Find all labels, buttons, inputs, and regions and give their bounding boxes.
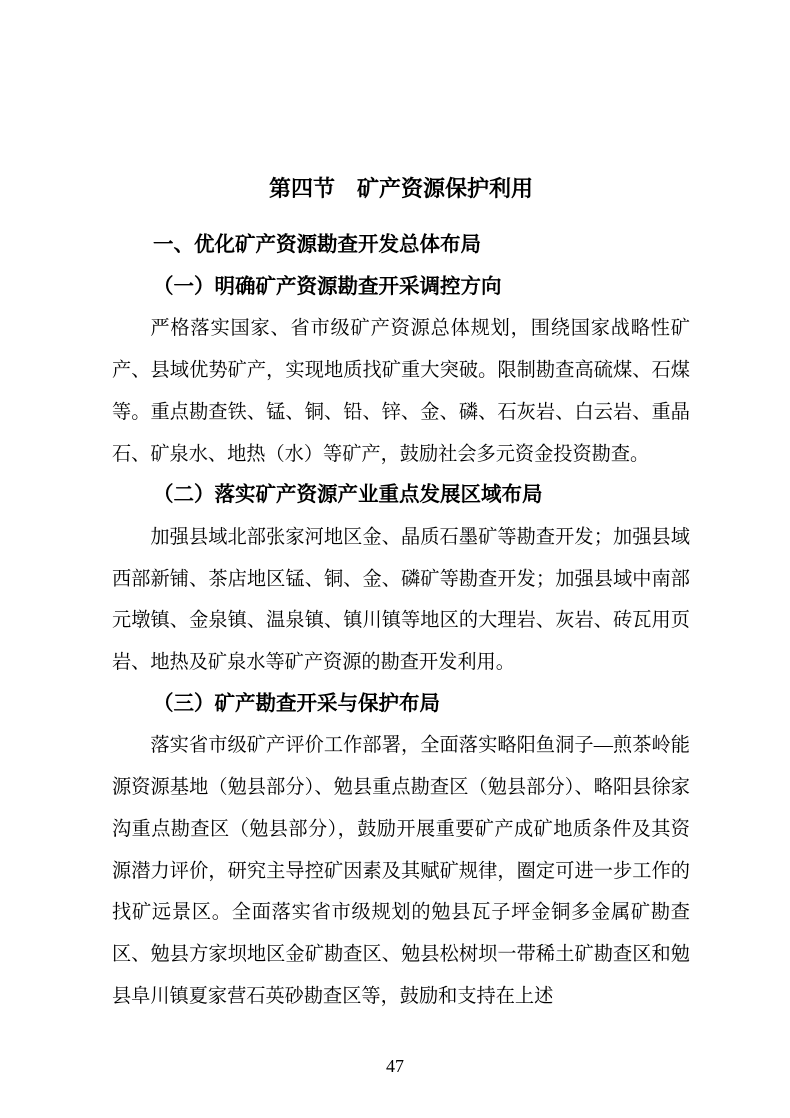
subheading-regulation-direction: （一）明确矿产资源勘查开采调控方向: [112, 267, 690, 309]
document-page: 第四节 矿产资源保护利用 一、优化矿产资源勘查开发总体布局 （一）明确矿产资源勘…: [0, 0, 790, 1118]
subheading-exploration-protection-layout: （三）矿产勘查开采与保护布局: [112, 684, 690, 726]
paragraph-key-development-regions: 加强县域北部张家河地区金、晶质石墨矿等勘查开发；加强县域西部新铺、茶店地区锰、铜…: [112, 517, 690, 684]
paragraph-regulation-direction: 严格落实国家、省市级矿产资源总体规划，围绕国家战略性矿产、县域优势矿产，实现地质…: [112, 308, 690, 475]
document-content: 第四节 矿产资源保护利用 一、优化矿产资源勘查开发总体布局 （一）明确矿产资源勘…: [112, 168, 690, 1017]
heading-overall-layout: 一、优化矿产资源勘查开发总体布局: [112, 225, 690, 267]
page-number: 47: [0, 1055, 790, 1077]
subheading-key-development-regions: （二）落实矿产资源产业重点发展区域布局: [112, 475, 690, 517]
section-title: 第四节 矿产资源保护利用: [112, 168, 690, 210]
paragraph-exploration-protection-layout: 落实省市级矿产评价工作部署，全面落实略阳鱼洞子—煎茶岭能源资源基地（勉县部分）、…: [112, 725, 690, 1017]
